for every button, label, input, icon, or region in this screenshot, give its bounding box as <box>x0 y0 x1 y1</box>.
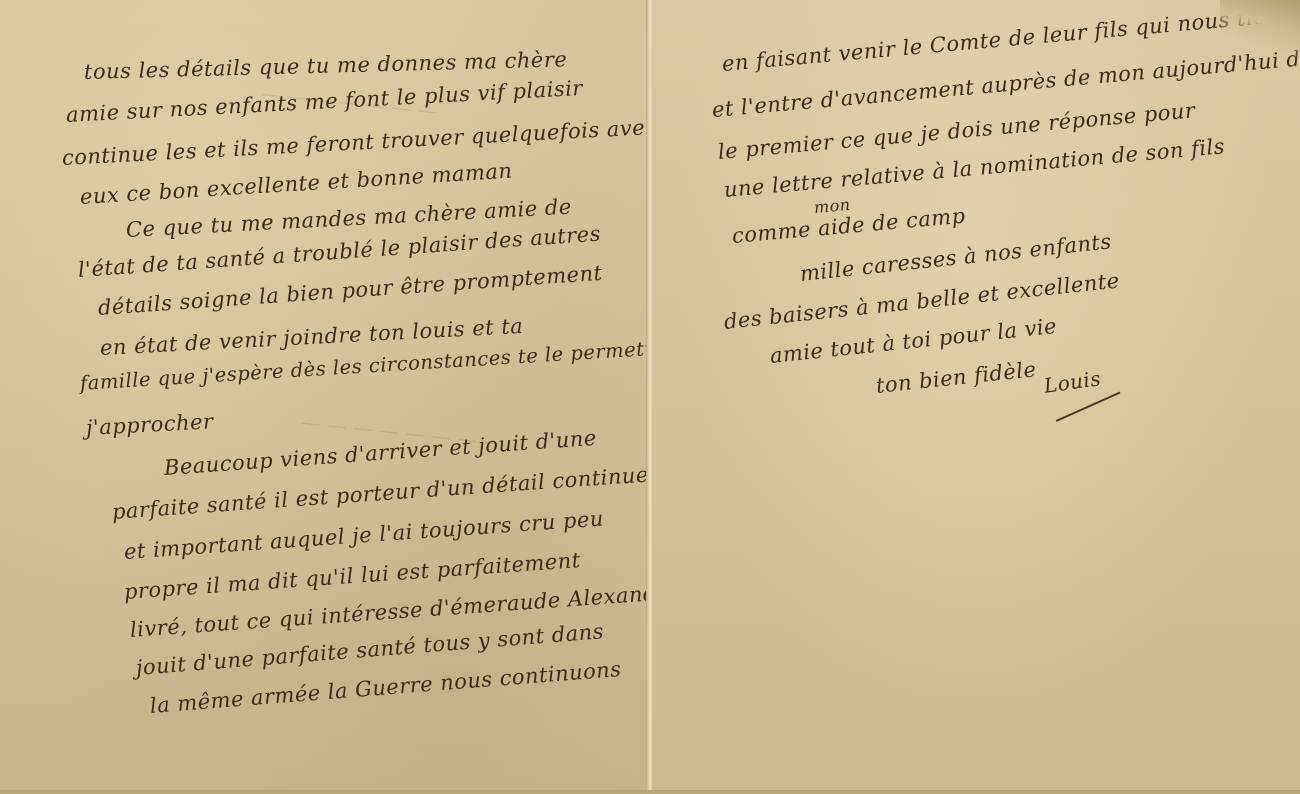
letter-line: ton bien fidèle <box>875 357 1038 398</box>
corner-crease <box>1220 0 1300 60</box>
signature: Louis <box>1042 366 1102 398</box>
letter-line: continue les et ils me feront trouver qu… <box>61 115 658 170</box>
letter-line: j'approcher <box>85 409 214 440</box>
letter-scan: — — — — — — — — — — — — — — — tous les d… <box>0 0 1300 794</box>
letter-line-insertion: mon <box>813 195 851 217</box>
letter-line: tous les détails que tu me donnes ma chè… <box>84 47 568 84</box>
letter-line: des baisers à ma belle et excellente <box>723 268 1121 333</box>
right-page: en faisant venir le Comte de leur fils q… <box>652 0 1300 794</box>
left-page: — — — — — — — — — — — — — — — tous les d… <box>0 0 648 794</box>
paper-edge <box>0 790 1300 794</box>
letter-line: amie sur nos enfants me font le plus vif… <box>65 76 583 127</box>
signature-flourish <box>1056 392 1121 422</box>
